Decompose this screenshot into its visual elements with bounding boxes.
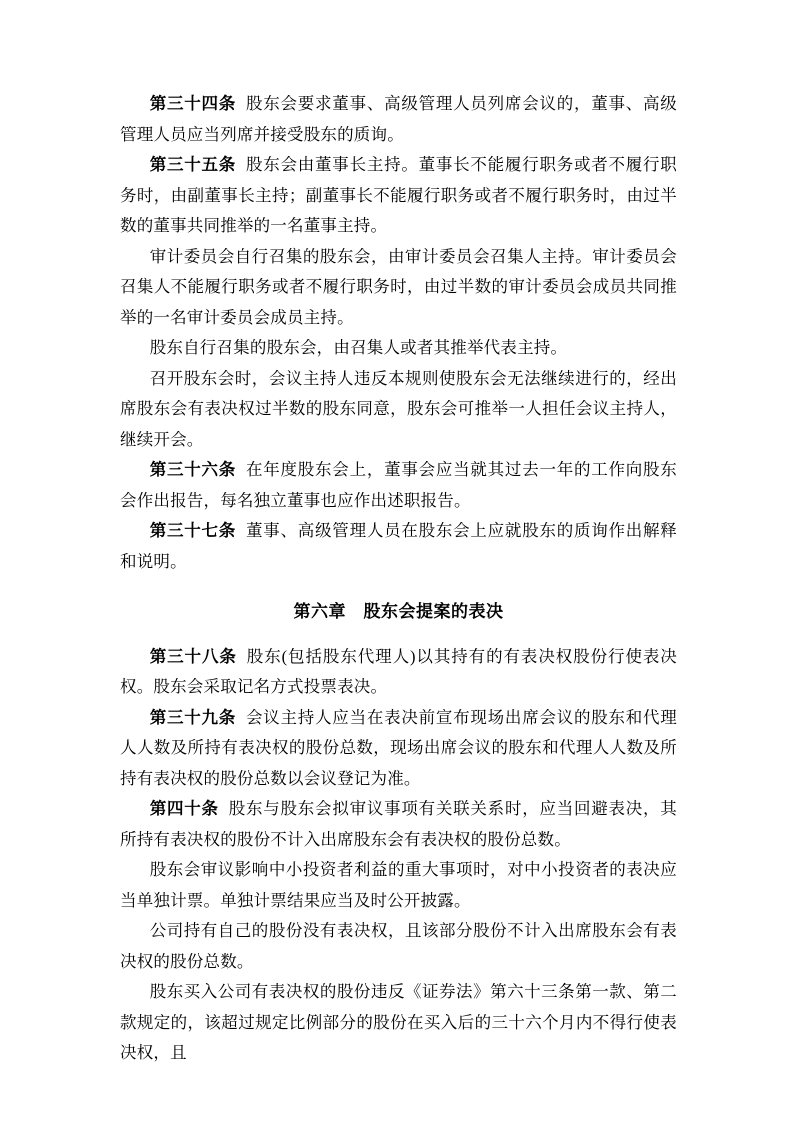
article-38-number: 第三十八条: [150, 647, 237, 666]
paragraph-securities-law-violation: 股东买入公司有表决权的股份违反《证券法》第六十三条第一款、第二款规定的，该超过规…: [120, 977, 677, 1069]
paragraph-article-34: 第三十四条股东会要求董事、高级管理人员列席会议的，董事、高级管理人员应当列席并接…: [120, 89, 677, 150]
paragraph-chair-violation: 召开股东会时，会议主持人违反本规则使股东会无法继续进行的，经出席股东会有表决权过…: [120, 364, 677, 456]
paragraph-article-39: 第三十九条会议主持人应当在表决前宣布现场出席会议的股东和代理人人数及所持有表决权…: [120, 703, 677, 795]
paragraph-shareholder-convene: 股东自行召集的股东会，由召集人或者其推举代表主持。: [120, 333, 677, 364]
article-34-number: 第三十四条: [150, 94, 236, 113]
article-36-number: 第三十六条: [150, 460, 236, 479]
paragraph-article-38: 第三十八条股东(包括股东代理人)以其持有的有表决权股份行使表决权。股东会采取记名…: [120, 642, 677, 703]
paragraph-article-36: 第三十六条在年度股东会上，董事会应当就其过去一年的工作向股东会作出报告，每名独立…: [120, 455, 677, 516]
paragraph-text: 股东买入公司有表决权的股份违反《证券法》第六十三条第一款、第二款规定的，该超过规…: [120, 982, 677, 1062]
document-page: 第三十四条股东会要求董事、高级管理人员列席会议的，董事、高级管理人员应当列席并接…: [120, 89, 677, 1069]
article-40-number: 第四十条: [150, 799, 219, 818]
paragraph-treasury-shares: 公司持有自己的股份没有表决权，且该部分股份不计入出席股东会有表决权的股份总数。: [120, 916, 677, 977]
paragraph-text: 公司持有自己的股份没有表决权，且该部分股份不计入出席股东会有表决权的股份总数。: [120, 921, 677, 971]
article-35-number: 第三十五条: [150, 155, 236, 174]
paragraph-audit-committee-convene: 审计委员会自行召集的股东会，由审计委员会召集人主持。审计委员会召集人不能履行职务…: [120, 242, 677, 334]
chapter-heading: 第六章 股东会提案的表决: [120, 597, 677, 628]
paragraph-minority-investors: 股东会审议影响中小投资者利益的重大事项时，对中小投资者的表决应当单独计票。单独计…: [120, 855, 677, 916]
paragraph-article-37: 第三十七条董事、高级管理人员在股东会上应就股东的质询作出解释和说明。: [120, 516, 677, 577]
paragraph-text: 股东自行召集的股东会，由召集人或者其推举代表主持。: [150, 338, 568, 357]
paragraph-text: 审计委员会自行召集的股东会，由审计委员会召集人主持。审计委员会召集人不能履行职务…: [120, 247, 677, 327]
article-39-number: 第三十九条: [150, 708, 236, 727]
paragraph-article-35: 第三十五条股东会由董事长主持。董事长不能履行职务或者不履行职务时，由副董事长主持…: [120, 150, 677, 242]
paragraph-text: 股东会审议影响中小投资者利益的重大事项时，对中小投资者的表决应当单独计票。单独计…: [120, 860, 677, 910]
article-37-number: 第三十七条: [150, 521, 236, 540]
paragraph-article-40: 第四十条股东与股东会拟审议事项有关联关系时，应当回避表决，其所持有表决权的股份不…: [120, 794, 677, 855]
paragraph-text: 召开股东会时，会议主持人违反本规则使股东会无法继续进行的，经出席股东会有表决权过…: [120, 369, 677, 449]
